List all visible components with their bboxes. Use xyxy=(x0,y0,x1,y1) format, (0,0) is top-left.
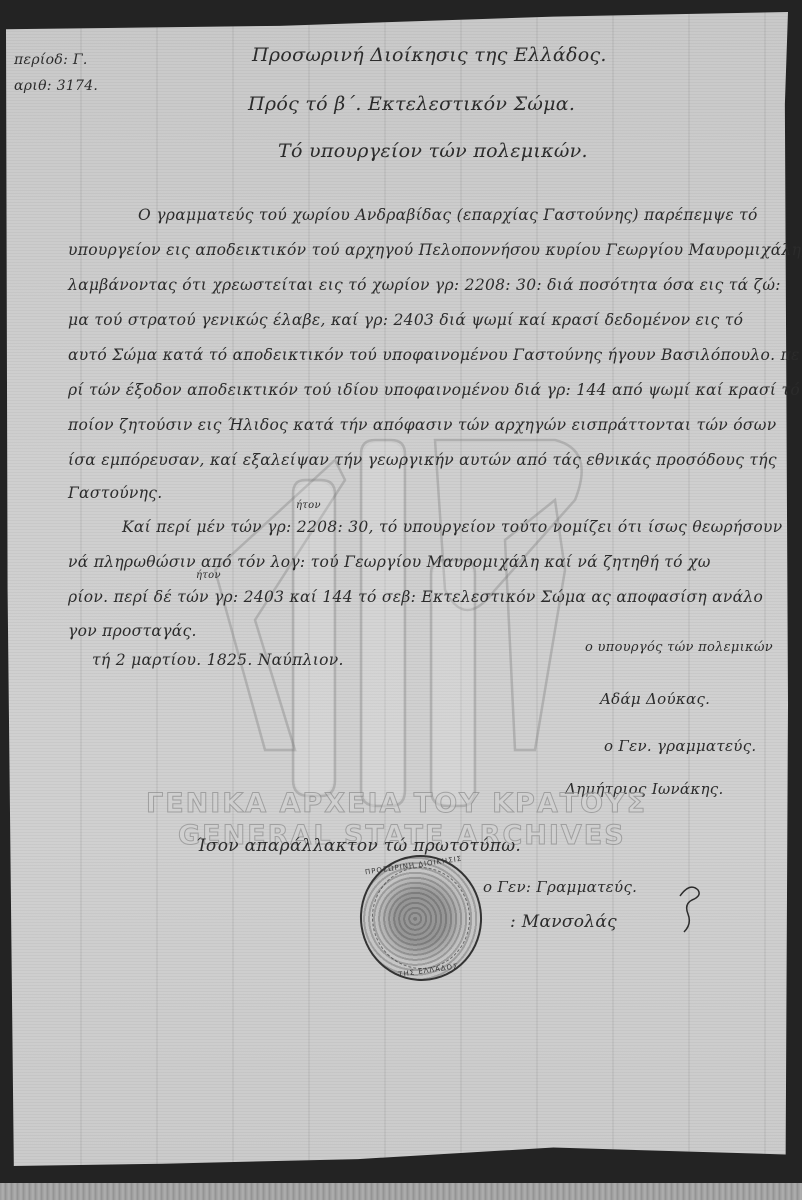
signature-flourish xyxy=(676,876,706,936)
secretary-title: ο Γεν. γραμματεύς. xyxy=(604,737,757,755)
superscript-note: ήτον xyxy=(296,500,321,511)
certification-note: Ίσον απαράλλακτον τώ πρωτοτύπω. xyxy=(196,836,521,856)
heading-authority: Προσωρινή Διοίκησις της Ελλάδος. xyxy=(252,44,607,66)
body-line: αυτό Σώμα κατά τό αποδεικτικόν τού υποφα… xyxy=(68,346,800,364)
body-line: ρίον. περί δέ τών γρ: 2403 καί 144 τό σε… xyxy=(68,588,763,606)
body-line: υπουργείον εις αποδεικτικόν τού αρχηγού … xyxy=(68,241,802,259)
body-line: ίσα εμπόρευσαν, καί εξαλείψαν τήν γεωργι… xyxy=(68,451,777,469)
minister-title: ο υπουργός τών πολεμικών xyxy=(585,640,773,655)
minister-signature: Αδάμ Δούκας. xyxy=(600,690,710,708)
body-line: μα τού στρατού γενικώς έλαβε, καί γρ: 24… xyxy=(68,311,743,329)
date-place: τή 2 μαρτίου. 1825. Ναύπλιον. xyxy=(92,651,344,669)
body-line: ποίον ζητούσιν εις Ήλιδος κατά τήν απόφα… xyxy=(68,416,776,434)
heading-addressee: Πρός τό β΄. Εκτελεστικόν Σώμα. xyxy=(248,93,575,115)
body-line: λαμβάνοντας ότι χρεωστείται εις τό χωρίο… xyxy=(68,276,781,294)
margin-number-note: αριθ: 3174. xyxy=(14,78,98,94)
margin-period-note: περίοδ: Γ. xyxy=(14,52,88,68)
body-line: Καί περί μέν τών γρ: 2208: 30, τό υπουργ… xyxy=(122,518,782,536)
watermark-greek: ΓΕΝΙΚΑ ΑΡΧΕΙΑ ΤΟΥ ΚΡΑΤΟΥΣ xyxy=(146,788,647,819)
body-line: Ο γραμματεύς τού χωρίου Ανδραβίδας (επαρ… xyxy=(138,206,758,224)
body-line: Γαστούνης. xyxy=(68,484,162,502)
scan-bottom-strip xyxy=(0,1183,802,1200)
body-line: νά πληρωθώσιν από τόν λογ: τού Γεωργίου … xyxy=(68,553,711,571)
heading-sender: Τό υπουργείον τών πολεμικών. xyxy=(278,140,588,162)
superscript-note: ήτον xyxy=(196,570,221,581)
seal-inner-ring xyxy=(365,861,476,976)
body-line: ρί τών έξοδον αποδεικτικόν τού ιδίου υπο… xyxy=(68,381,802,399)
gen-secretary-title: ο Γεν: Γραμματεύς. xyxy=(483,878,637,896)
body-line: γον προσταγάς. xyxy=(68,622,197,640)
gen-secretary-signature: : Μανσολάς xyxy=(510,912,617,932)
